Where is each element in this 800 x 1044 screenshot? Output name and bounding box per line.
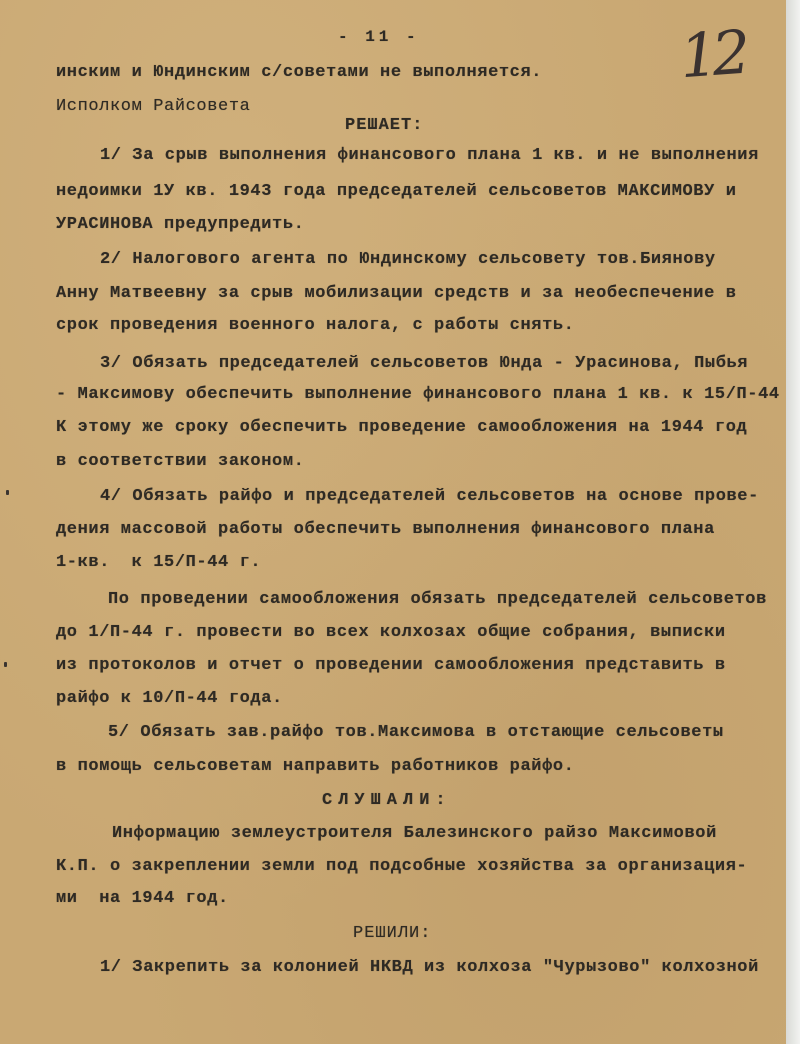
heading-resolves: РЕШАЕТ:	[345, 116, 423, 135]
text-line: срок проведения военного налога, с работ…	[56, 316, 574, 335]
text-line: К этому же сроку обеспечить проведение с…	[56, 418, 747, 437]
text-line: 1/ За срыв выполнения финансового плана …	[100, 146, 759, 165]
handwritten-folio-number: 12	[678, 18, 747, 92]
text-line: - Максимову обеспечить выполнение финанс…	[56, 385, 780, 404]
paper-speck	[4, 662, 7, 667]
text-line: 3/ Обязать председателей сельсоветов Юнд…	[100, 354, 748, 373]
text-line: из протоколов и отчет о проведении самоо…	[56, 656, 726, 675]
text-line: 1/ Закрепить за колонией НКВД из колхоза…	[100, 958, 759, 977]
heading-heard: СЛУШАЛИ:	[322, 791, 452, 810]
page-number: - 11 -	[338, 28, 420, 46]
text-line: Исполком Райсовета	[56, 97, 250, 116]
text-line: райфо к 10/П-44 года.	[56, 689, 283, 708]
text-line: По проведении самообложения обязать пред…	[108, 590, 767, 609]
text-line: ми на 1944 год.	[56, 889, 229, 908]
text-line: 1-кв. к 15/П-44 г.	[56, 553, 261, 572]
text-line: в помощь сельсоветам направить работнико…	[56, 757, 574, 776]
text-line: до 1/П-44 г. провести во всех колхозах о…	[56, 623, 726, 642]
document-page: - 11 - 12 инским и Юндинским с/советами …	[0, 0, 786, 1044]
text-line: 5/ Обязать зав.райфо тов.Максимова в отс…	[108, 723, 724, 742]
text-line: недоимки 1У кв. 1943 года председателей …	[56, 182, 737, 201]
text-line: Информацию землеустроителя Балезинского …	[112, 824, 717, 843]
text-line: 2/ Налогового агента по Юндинскому сельс…	[100, 250, 716, 269]
text-line: 4/ Обязать райфо и председателей сельсов…	[100, 487, 759, 506]
text-line: инским и Юндинским с/советами не выполня…	[56, 63, 542, 82]
text-line: в соответствии законом.	[56, 452, 304, 471]
text-line: УРАСИНОВА предупредить.	[56, 215, 304, 234]
text-line: Анну Матвеевну за срыв мобилизации средс…	[56, 284, 737, 303]
paper-speck	[6, 490, 9, 495]
text-line: К.П. о закреплении земли под подсобные х…	[56, 857, 747, 876]
heading-decided: РЕШИЛИ:	[353, 924, 431, 943]
text-line: дения массовой работы обеспечить выполне…	[56, 520, 715, 539]
scan-edge	[786, 0, 800, 1044]
